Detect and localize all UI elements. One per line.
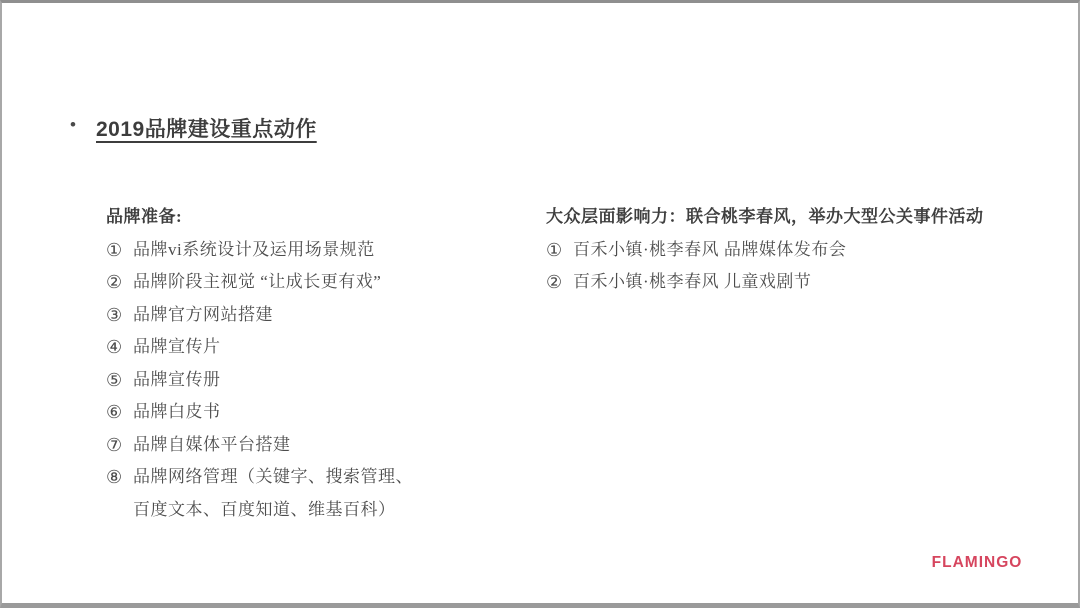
list-item: ② 品牌阶段主视觉 “让成长更有戏”	[106, 266, 486, 299]
item-marker: ⑥	[106, 396, 133, 429]
list-item: ② 百禾小镇·桃李春风 儿童戏剧节	[546, 266, 1036, 299]
item-text: 品牌vi系统设计及运用场景规范	[133, 234, 375, 267]
item-text: 品牌自媒体平台搭建	[133, 429, 291, 462]
slide: • 2019品牌建设重点动作 品牌准备: ① 品牌vi系统设计及运用场景规范 ②…	[0, 0, 1080, 608]
item-marker: ⑤	[106, 364, 133, 397]
item-text: 百禾小镇·桃李春风 品牌媒体发布会	[573, 234, 846, 267]
item-text: 品牌宣传册	[133, 364, 221, 397]
flamingo-logo: FLAMINGO	[922, 554, 1032, 572]
item-marker: ①	[546, 234, 573, 267]
item-marker: ④	[106, 331, 133, 364]
right-column-header: 大众层面影响力：联合桃李春风，举办大型公关事件活动	[546, 201, 1036, 234]
item-marker: ⑦	[106, 429, 133, 462]
item-text: 百禾小镇·桃李春风 儿童戏剧节	[573, 266, 811, 299]
item-text: 品牌阶段主视觉 “让成长更有戏”	[133, 266, 381, 299]
item-text: 品牌宣传片	[133, 331, 221, 364]
list-item: ③ 品牌官方网站搭建	[106, 299, 486, 332]
item-text: 品牌白皮书	[133, 396, 221, 429]
list-item: ⑤ 品牌宣传册	[106, 364, 486, 397]
title-row: • 2019品牌建设重点动作	[70, 113, 317, 143]
item-marker: ①	[106, 234, 133, 267]
list-item: ④ 品牌宣传片	[106, 331, 486, 364]
public-influence-section: 大众层面影响力：联合桃李春风，举办大型公关事件活动 ① 百禾小镇·桃李春风 品牌…	[546, 201, 1036, 299]
title-bullet-icon: •	[70, 115, 96, 135]
list-item: ① 百禾小镇·桃李春风 品牌媒体发布会	[546, 234, 1036, 267]
item-marker: ③	[106, 299, 133, 332]
item-marker: ②	[106, 266, 133, 299]
list-item: ⑥ 品牌白皮书	[106, 396, 486, 429]
list-item: ⑦ 品牌自媒体平台搭建	[106, 429, 486, 462]
left-column-header: 品牌准备:	[106, 201, 486, 234]
list-item: ① 品牌vi系统设计及运用场景规范	[106, 234, 486, 267]
page-title: 2019品牌建设重点动作	[96, 113, 317, 143]
item-marker: ⑧	[106, 461, 133, 494]
item-text: 品牌网络管理（关键字、搜索管理、 百度文本、百度知道、维基百科）	[133, 461, 413, 526]
item-marker: ②	[546, 266, 573, 299]
item-text: 品牌官方网站搭建	[133, 299, 273, 332]
list-item: ⑧ 品牌网络管理（关键字、搜索管理、 百度文本、百度知道、维基百科）	[106, 461, 486, 526]
brand-preparation-section: 品牌准备: ① 品牌vi系统设计及运用场景规范 ② 品牌阶段主视觉 “让成长更有…	[106, 201, 486, 526]
